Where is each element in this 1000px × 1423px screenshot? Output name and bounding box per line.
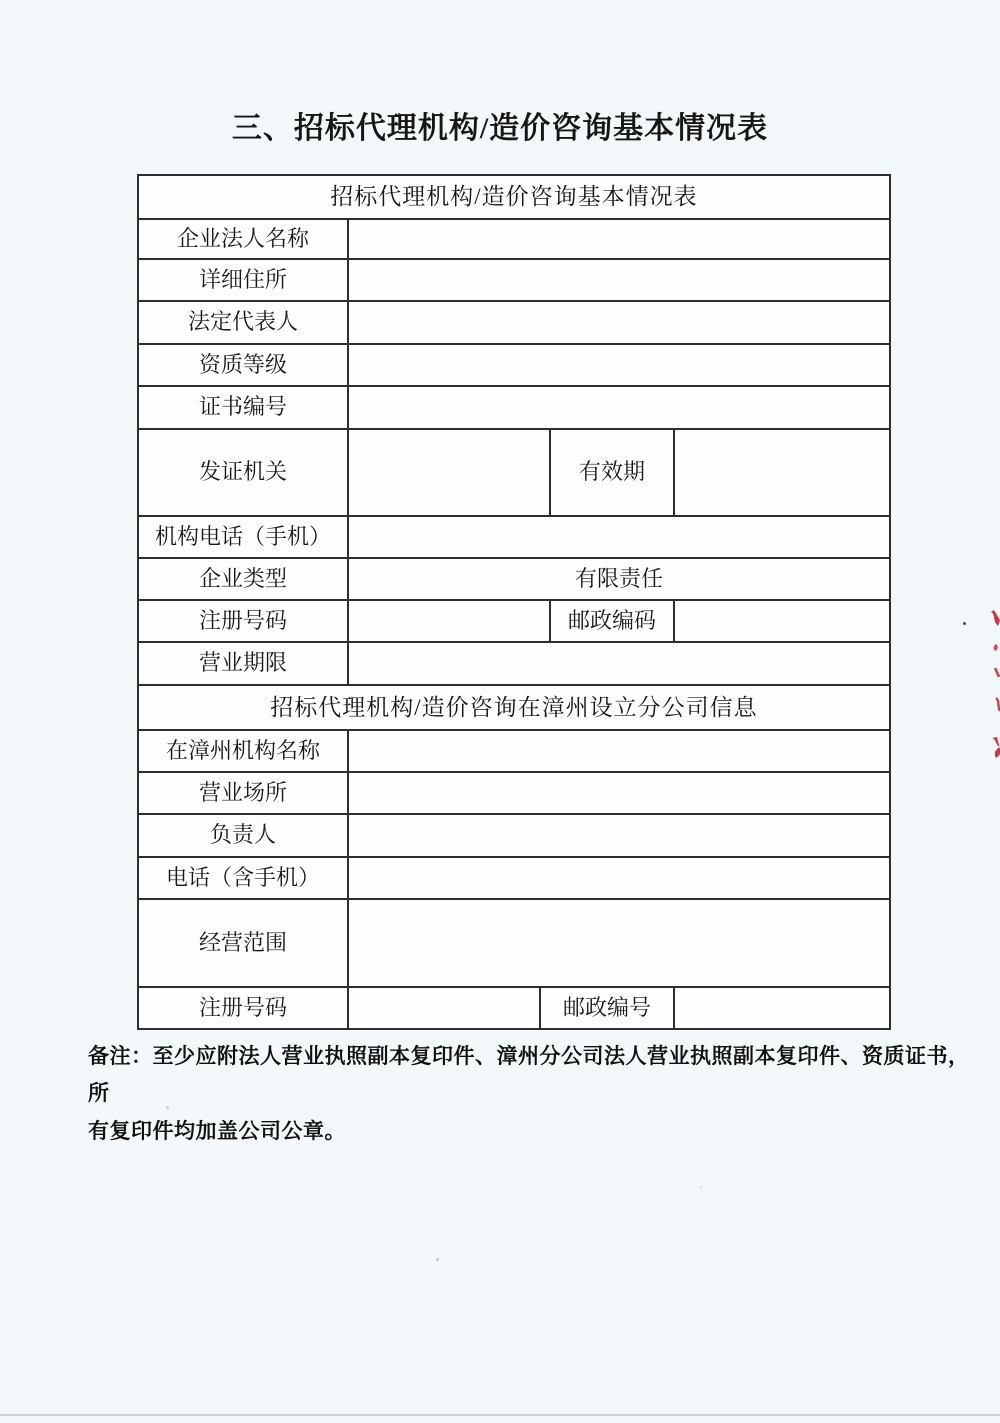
field-value-cell [349,302,889,345]
field-label: 注册号码 [139,988,349,1028]
field-value-cell [349,900,889,988]
field-value-cell [675,988,889,1028]
table-row: 法定代表人 [139,302,889,345]
field-label-secondary: 邮政编码 [551,601,675,643]
field-value: 有限责任 [349,559,889,601]
table-title: 招标代理机构/造价咨询基本情况表 [139,176,889,220]
table-row: 营业期限 [139,643,889,686]
field-value-cell [349,220,889,260]
section-header: 招标代理机构/造价咨询在漳州设立分公司信息 [139,686,889,731]
field-value-cell [349,601,551,643]
table-row: 发证机关有效期 [139,430,889,517]
field-value-cell [349,815,889,858]
table-row: 详细住所 [139,260,889,302]
field-label: 注册号码 [139,601,349,643]
field-label: 资质等级 [139,345,349,387]
table-row: 电话（含手机） [139,858,889,900]
field-label: 证书编号 [139,387,349,430]
table-row: 负责人 [139,815,889,858]
basic-info-form-table: 招标代理机构/造价咨询基本情况表企业法人名称详细住所法定代表人资质等级证书编号发… [137,174,891,1030]
field-value-cell [349,773,889,815]
remark-line-2: 有复印件均加盖公司公章。 [88,1119,346,1143]
field-label-secondary: 邮政编号 [541,988,675,1028]
field-label: 营业期限 [139,643,349,686]
table-row: 经营范围 [139,900,889,988]
field-value-cell [349,858,889,900]
field-label: 营业场所 [139,773,349,815]
scan-speck [963,622,966,625]
field-value-cell [349,387,889,430]
field-label: 在漳州机构名称 [139,731,349,773]
table-row: 营业场所 [139,773,889,815]
field-value-cell [675,601,889,643]
field-label: 机构电话（手机） [139,517,349,559]
field-label-secondary: 有效期 [551,430,675,517]
remark-note: 备注：至少应附法人营业执照副本复印件、漳州分公司法人营业执照副本复印件、资质证书… [88,1038,973,1150]
field-value-cell [349,260,889,302]
field-value-cell [349,517,889,559]
field-label: 电话（含手机） [139,858,349,900]
table-row: 资质等级 [139,345,889,387]
table-row: 招标代理机构/造价咨询在漳州设立分公司信息 [139,686,889,731]
field-label: 发证机关 [139,430,349,517]
field-value-cell [349,345,889,387]
table-row: 机构电话（手机） [139,517,889,559]
table-row: 企业法人名称 [139,220,889,260]
table-row: 证书编号 [139,387,889,430]
scan-speck [436,1258,439,1261]
field-label: 负责人 [139,815,349,858]
field-value-cell [349,430,551,517]
scan-speck [166,1106,169,1109]
table-row: 在漳州机构名称 [139,731,889,773]
table-row: 注册号码邮政编号 [139,988,889,1028]
field-value-cell [675,430,889,517]
scan-bottom-edge-line [0,1414,1000,1416]
page-title: 三、招标代理机构/造价咨询基本情况表 [0,103,1000,147]
scan-speck [700,1186,702,1188]
field-label: 企业法人名称 [139,220,349,260]
field-label: 企业类型 [139,559,349,601]
remark-line-1: 备注：至少应附法人营业执照副本复印件、漳州分公司法人营业执照副本复印件、资质证书… [88,1044,970,1105]
field-label: 法定代表人 [139,302,349,345]
field-label: 详细住所 [139,260,349,302]
table-row: 招标代理机构/造价咨询基本情况表 [139,176,889,220]
red-pen-ink-marks [984,606,1000,776]
field-label: 经营范围 [139,900,349,988]
field-value-cell [349,643,889,686]
table-row: 注册号码邮政编码 [139,601,889,643]
scanned-document-page: 三、招标代理机构/造价咨询基本情况表 招标代理机构/造价咨询基本情况表企业法人名… [0,0,1000,1423]
table-row: 企业类型有限责任 [139,559,889,601]
field-value-cell [349,731,889,773]
field-value-cell [349,988,541,1028]
